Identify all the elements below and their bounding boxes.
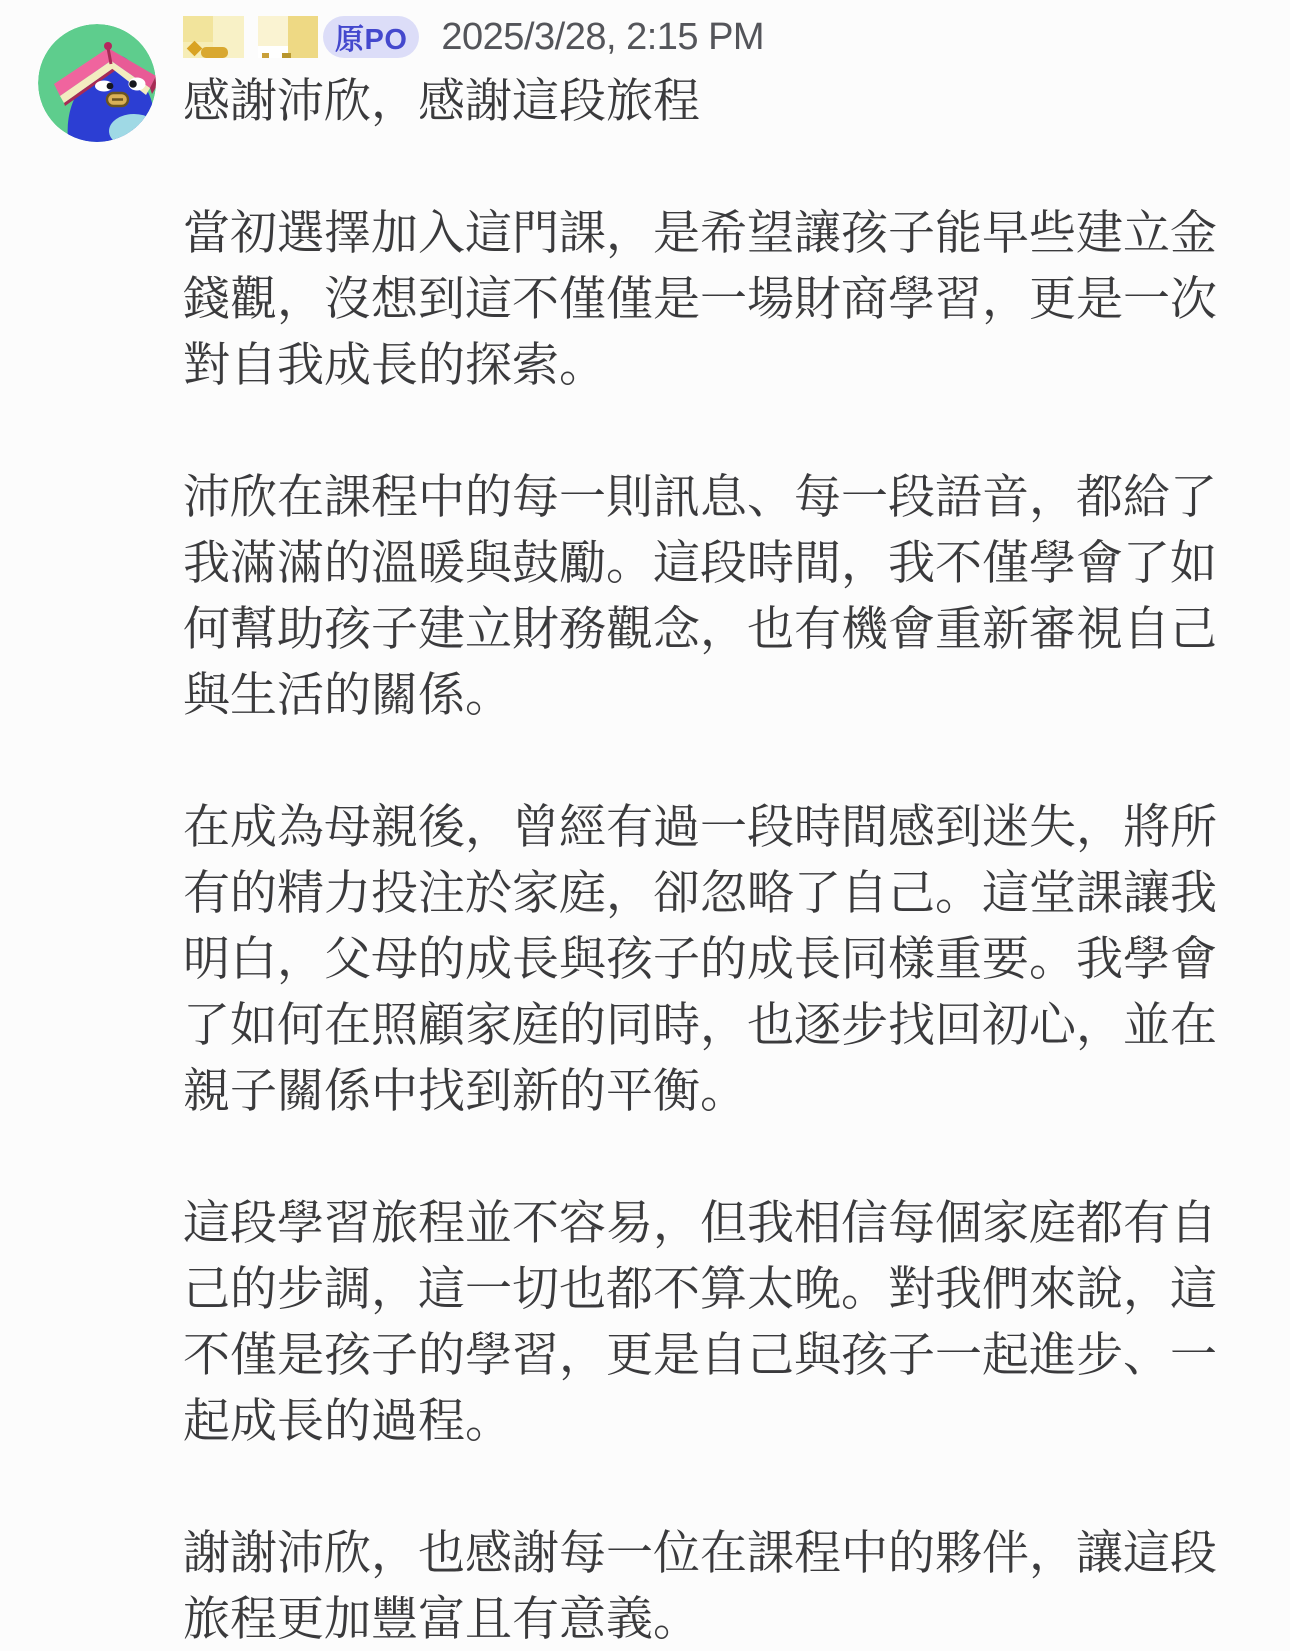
paragraph-2: 沛欣在課程中的每一則訊息、每一段語音，都給了我滿滿的溫暖與鼓勵。這段時間，我不僅… bbox=[183, 464, 1223, 728]
redacted-mosaic-icon bbox=[183, 16, 318, 58]
post-title: 感謝沛欣，感謝這段旅程 bbox=[183, 68, 1223, 134]
paragraph-5: 謝謝沛欣，也感謝每一位在課程中的夥伴，讓這段旅程更加豐富且有意義。 bbox=[183, 1520, 1223, 1651]
post-header: 原PO 2025/3/28, 2:15 PM bbox=[183, 14, 1223, 60]
paragraph-3: 在成為母親後，曾經有過一段時間感到迷失，將所有的精力投注於家庭，卻忽略了自己。這… bbox=[183, 794, 1223, 1124]
paragraph-1: 當初選擇加入這門課，是希望讓孩子能早些建立金錢觀，沒想到這不僅僅是一場財商學習，… bbox=[183, 200, 1223, 398]
username-redacted[interactable] bbox=[183, 16, 318, 58]
paragraph-4: 這段學習旅程並不容易，但我相信每個家庭都有自己的步調，這一切也都不算太晚。對我們… bbox=[183, 1190, 1223, 1454]
timestamp: 2025/3/28, 2:15 PM bbox=[441, 16, 764, 59]
comment-post: 原PO 2025/3/28, 2:15 PM 感謝沛欣，感謝這段旅程 當初選擇加… bbox=[0, 0, 1290, 1651]
original-poster-badge: 原PO bbox=[323, 16, 419, 58]
penguin-book-avatar-icon bbox=[38, 24, 156, 142]
avatar[interactable] bbox=[38, 24, 156, 142]
